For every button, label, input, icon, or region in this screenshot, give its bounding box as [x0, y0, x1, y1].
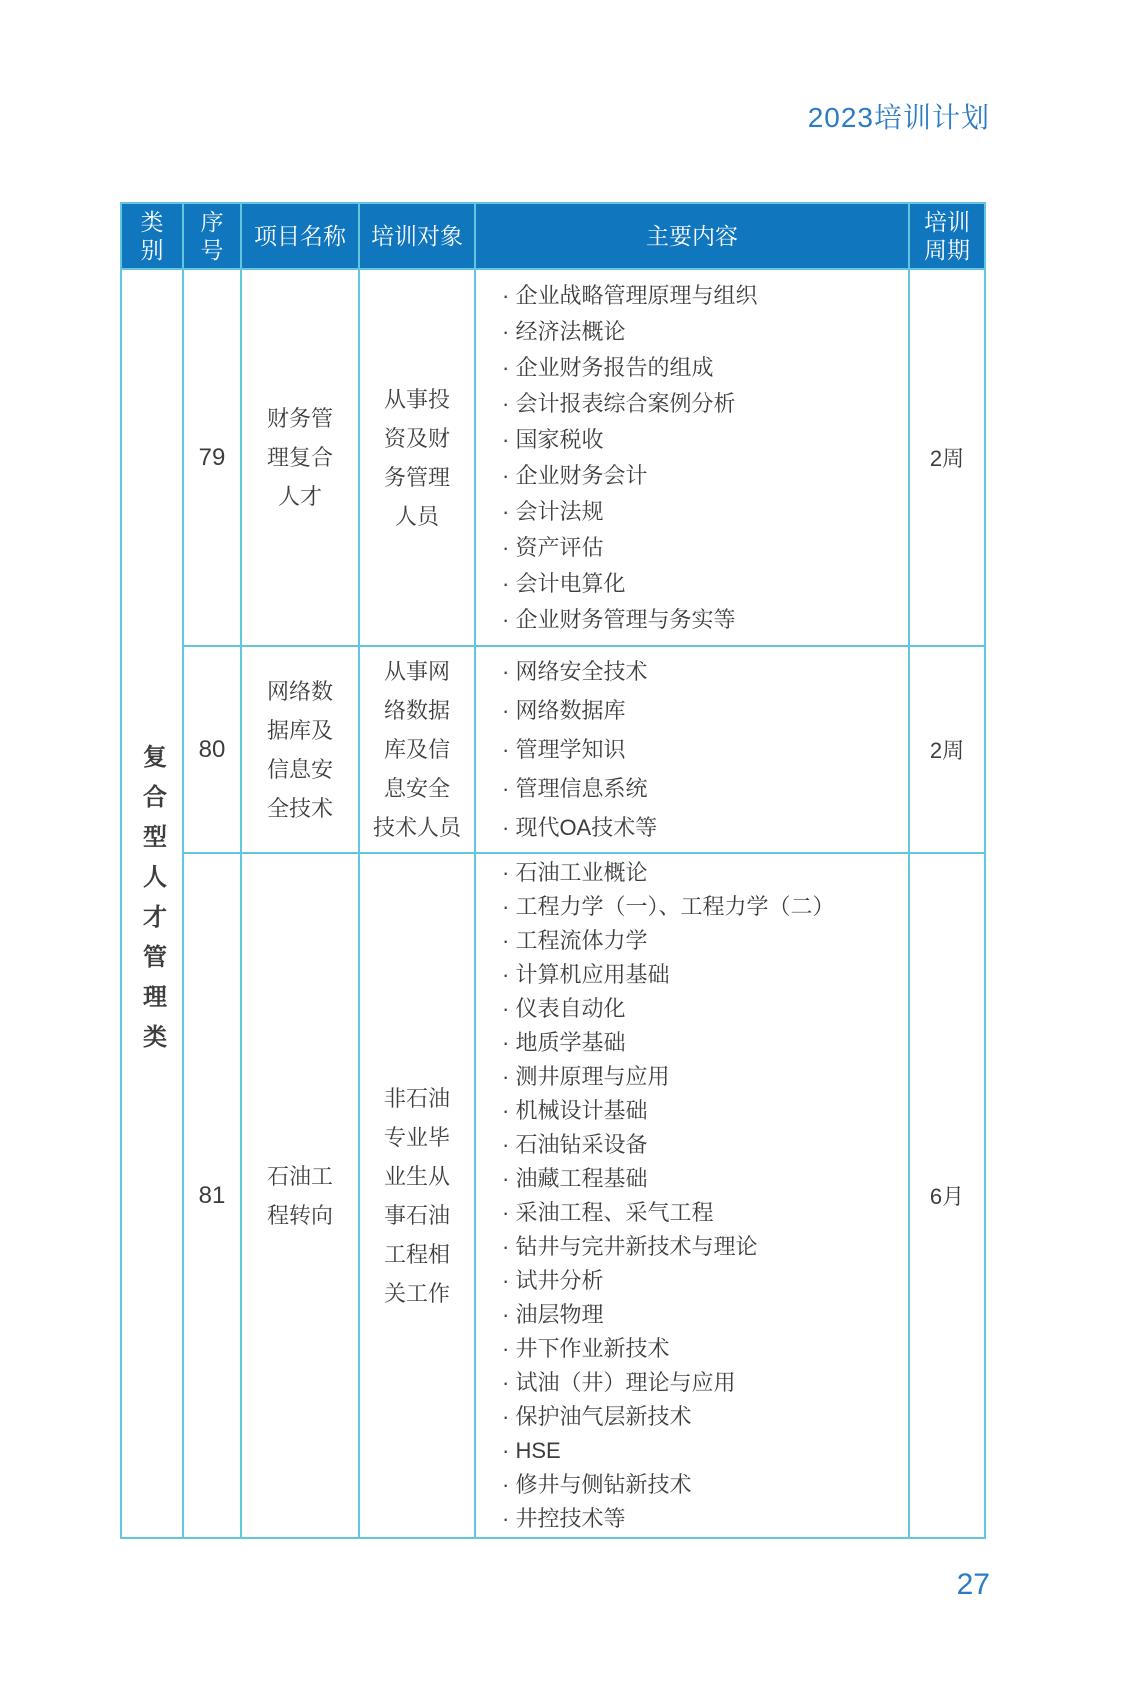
- content-item: · 石油钻采设备: [502, 1128, 908, 1162]
- content-item: · 管理信息系统: [502, 769, 908, 808]
- content-item: · 机械设计基础: [502, 1094, 908, 1128]
- content-item: · 会计报表综合案例分析: [502, 386, 908, 422]
- training-plan-table: 类 别 序 号 项目名称 培训对象 主要内容 培训 周期 复合型人才管理类 79…: [120, 202, 986, 1539]
- document-page: 2023培训计划 类 别 序 号 项目名称 培训对象 主要内容 培训 周期 复合…: [0, 0, 1127, 1702]
- content-item: · 企业财务会计: [502, 458, 908, 494]
- content-item: · 网络安全技术: [502, 652, 908, 691]
- header-category: 类 别: [122, 204, 184, 268]
- main-content-cell: · 石油工业概论· 工程力学（一）、工程力学（二）· 工程流体力学· 计算机应用…: [476, 854, 910, 1537]
- content-item: · 试油（井）理论与应用: [502, 1366, 908, 1400]
- table-row: 81 石油工 程转向 非石油 专业毕 业生从 事石油 工程相 关工作 · 石油工…: [184, 854, 984, 1537]
- content-item: · 工程力学（一）、工程力学（二）: [502, 890, 908, 924]
- content-item: · 资产评估: [502, 530, 908, 566]
- content-item: · 国家税收: [502, 422, 908, 458]
- content-item: · 钻井与完井新技术与理论: [502, 1230, 908, 1264]
- training-period-cell: 2周: [910, 647, 984, 852]
- table-row: 80 网络数 据库及 信息安 全技术 从事网 络数据 库及信 息安全 技术人员 …: [184, 647, 984, 854]
- training-period-cell: 6月: [910, 854, 984, 1537]
- training-period-cell: 2周: [910, 270, 984, 645]
- content-item: · 工程流体力学: [502, 924, 908, 958]
- main-content-cell: · 网络安全技术· 网络数据库· 管理学知识· 管理信息系统· 现代OA技术等: [476, 647, 910, 852]
- content-item: · 油藏工程基础: [502, 1162, 908, 1196]
- content-item: · 试井分析: [502, 1264, 908, 1298]
- content-item: · 井控技术等: [502, 1502, 908, 1536]
- content-item: · 经济法概论: [502, 314, 908, 350]
- content-item: · 企业财务管理与务实等: [502, 602, 908, 638]
- content-item: · 会计法规: [502, 494, 908, 530]
- content-item: · 计算机应用基础: [502, 958, 908, 992]
- content-item: · 网络数据库: [502, 691, 908, 730]
- content-item: · 石油工业概论: [502, 856, 908, 890]
- content-item: · 现代OA技术等: [502, 808, 908, 847]
- training-target-cell: 非石油 专业毕 业生从 事石油 工程相 关工作: [360, 854, 476, 1537]
- content-item: · 管理学知识: [502, 730, 908, 769]
- table-body: 复合型人才管理类 79 财务管 理复合 人才 从事投 资及财 务管理 人员 · …: [122, 270, 984, 1537]
- table-header-row: 类 别 序 号 项目名称 培训对象 主要内容 培训 周期: [122, 204, 984, 270]
- header-index: 序 号: [184, 204, 242, 268]
- header-main-content: 主要内容: [476, 204, 910, 268]
- main-content-cell: · 企业战略管理原理与组织· 经济法概论· 企业财务报告的组成· 会计报表综合案…: [476, 270, 910, 645]
- document-header-title: 2023培训计划: [808, 96, 990, 136]
- content-item: · 保护油气层新技术: [502, 1400, 908, 1434]
- content-item: · 仪表自动化: [502, 992, 908, 1026]
- project-name-cell: 网络数 据库及 信息安 全技术: [242, 647, 360, 852]
- table-row: 79 财务管 理复合 人才 从事投 资及财 务管理 人员 · 企业战略管理原理与…: [184, 270, 984, 647]
- training-target-cell: 从事网 络数据 库及信 息安全 技术人员: [360, 647, 476, 852]
- header-training-period: 培训 周期: [910, 204, 984, 268]
- project-name-cell: 石油工 程转向: [242, 854, 360, 1537]
- content-item: · 油层物理: [502, 1298, 908, 1332]
- content-item: · 企业战略管理原理与组织: [502, 278, 908, 314]
- row-index-cell: 81: [184, 854, 242, 1537]
- content-item: · 会计电算化: [502, 566, 908, 602]
- table-rows: 79 财务管 理复合 人才 从事投 资及财 务管理 人员 · 企业战略管理原理与…: [184, 270, 984, 1537]
- row-index-cell: 80: [184, 647, 242, 852]
- training-target-cell: 从事投 资及财 务管理 人员: [360, 270, 476, 645]
- content-item: · 地质学基础: [502, 1026, 908, 1060]
- category-cell: 复合型人才管理类: [122, 270, 184, 1537]
- page-number: 27: [957, 1568, 990, 1602]
- content-item: · 采油工程、采气工程: [502, 1196, 908, 1230]
- content-item: · 修井与侧钻新技术: [502, 1468, 908, 1502]
- category-vertical-label: 复合型人才管理类: [135, 744, 170, 1064]
- row-index-cell: 79: [184, 270, 242, 645]
- content-item: · 企业财务报告的组成: [502, 350, 908, 386]
- header-training-target: 培训对象: [360, 204, 476, 268]
- header-project-name: 项目名称: [242, 204, 360, 268]
- project-name-cell: 财务管 理复合 人才: [242, 270, 360, 645]
- content-item: · HSE: [502, 1434, 908, 1468]
- content-item: · 测井原理与应用: [502, 1060, 908, 1094]
- content-item: · 井下作业新技术: [502, 1332, 908, 1366]
